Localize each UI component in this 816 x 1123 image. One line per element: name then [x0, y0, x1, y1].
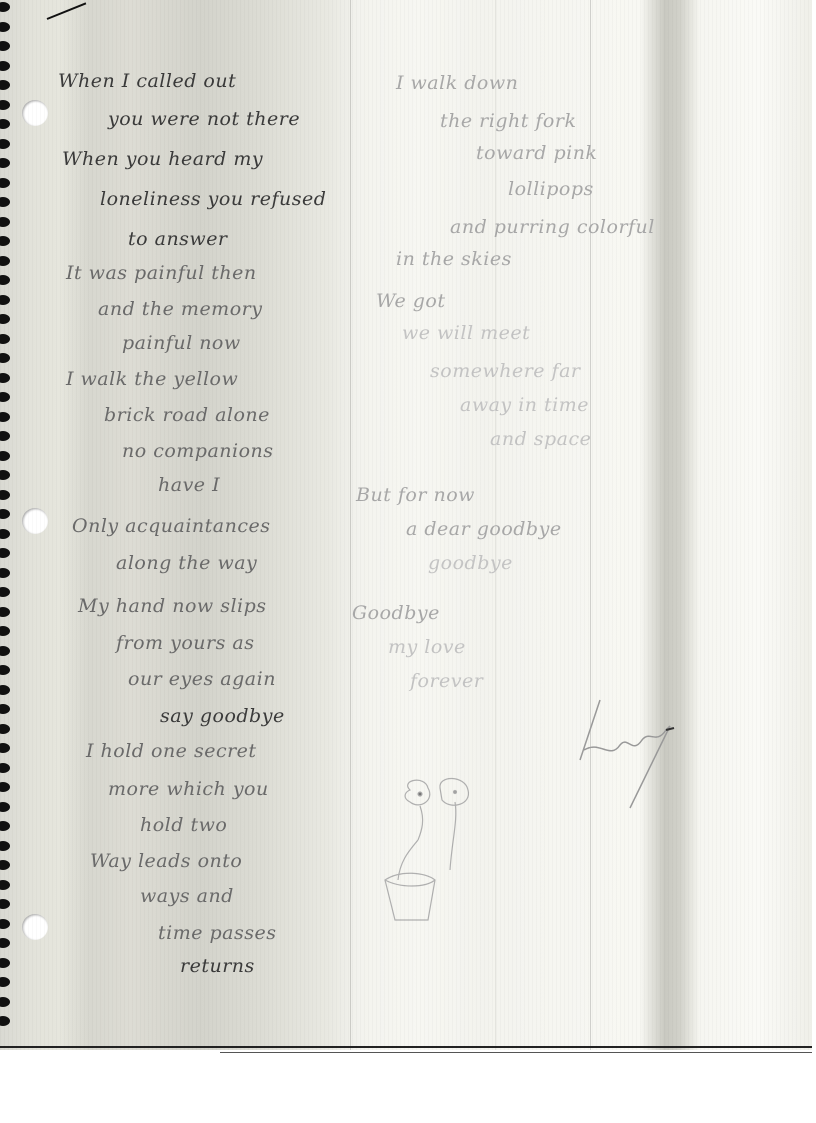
poem-line: no companions	[122, 440, 274, 462]
poem-line: goodbye	[428, 552, 513, 574]
spiral-coil	[0, 22, 10, 32]
spiral-coil	[0, 568, 10, 578]
spiral-coil	[0, 314, 10, 324]
poem-line: loneliness you refused	[100, 188, 326, 210]
poem-line: We got	[376, 290, 446, 312]
poem-line: time passes	[158, 922, 277, 944]
poem-line: to answer	[128, 228, 228, 250]
poem-line: I walk down	[396, 72, 518, 94]
binding-hole	[22, 508, 48, 534]
spiral-coil	[0, 880, 10, 890]
poem-line: My hand now slips	[78, 595, 267, 617]
poem-line: somewhere far	[430, 360, 581, 382]
spiral-coil	[0, 665, 10, 675]
poem-line: the right fork	[440, 110, 576, 132]
poem-line: toward pink	[476, 142, 597, 164]
poem-line: in the skies	[396, 248, 512, 270]
poem-line: When I called out	[58, 70, 236, 92]
spiral-coil	[0, 41, 10, 51]
poem-line: from yours as	[116, 632, 254, 654]
spiral-coil	[0, 373, 10, 383]
spiral-coil	[0, 977, 10, 987]
spiral-coil	[0, 763, 10, 773]
poem-line: forever	[410, 670, 483, 692]
binding-hole	[22, 100, 48, 126]
spiral-coil	[0, 607, 10, 617]
spiral-coil	[0, 782, 10, 792]
spiral-coil	[0, 392, 10, 402]
spiral-coil	[0, 470, 10, 480]
spiral-coil	[0, 997, 10, 1007]
spiral-coil	[0, 938, 10, 948]
spiral-coil	[0, 490, 10, 500]
spiral-coil	[0, 743, 10, 753]
binding-hole	[22, 914, 48, 940]
poem-line: I walk the yellow	[66, 368, 238, 390]
spiral-coil	[0, 802, 10, 812]
spiral-coil	[0, 412, 10, 422]
spiral-coil	[0, 821, 10, 831]
poem-line: you were not there	[108, 108, 300, 130]
poem-line: and the memory	[98, 298, 262, 320]
spiral-coil	[0, 841, 10, 851]
spiral-coil	[0, 509, 10, 519]
spiral-coil	[0, 685, 10, 695]
spiral-binding	[0, 0, 16, 1040]
spiral-coil	[0, 704, 10, 714]
spiral-coil	[0, 587, 10, 597]
spiral-coil	[0, 919, 10, 929]
spiral-coil	[0, 958, 10, 968]
spiral-coil	[0, 860, 10, 870]
poem-line: have I	[158, 474, 220, 496]
spiral-coil	[0, 2, 10, 12]
spiral-coil	[0, 529, 10, 539]
poem-line: more which you	[108, 778, 269, 800]
poem-line: and purring colorful	[450, 216, 655, 238]
spiral-coil	[0, 197, 10, 207]
poem-line: along the way	[116, 552, 257, 574]
poem-line: It was painful then	[66, 262, 257, 284]
spiral-coil	[0, 217, 10, 227]
spiral-coil	[0, 646, 10, 656]
poem-line: But for now	[356, 484, 475, 506]
spiral-coil	[0, 178, 10, 188]
poem-line: my love	[388, 636, 466, 658]
poem-line: lollipops	[508, 178, 594, 200]
spiral-coil	[0, 119, 10, 129]
spiral-coil	[0, 899, 10, 909]
signature-icon	[570, 690, 680, 810]
poem-line: and space	[490, 428, 591, 450]
poem-line: When you heard my	[62, 148, 263, 170]
spiral-coil	[0, 451, 10, 461]
spiral-coil	[0, 139, 10, 149]
poem-line: away in time	[460, 394, 589, 416]
page-edge-underlay	[220, 1052, 812, 1053]
spiral-coil	[0, 1016, 10, 1026]
poem-line: painful now	[122, 332, 241, 354]
spiral-coil	[0, 236, 10, 246]
poem-line: say goodbye	[160, 705, 285, 727]
spiral-coil	[0, 295, 10, 305]
poem-line: ways and	[140, 885, 234, 907]
poem-line: Goodbye	[352, 602, 440, 624]
spiral-coil	[0, 158, 10, 168]
poem-line: brick road alone	[104, 404, 270, 426]
spiral-coil	[0, 80, 10, 90]
page-edge	[0, 1046, 812, 1048]
poem-line: returns	[180, 955, 255, 977]
spiral-coil	[0, 548, 10, 558]
margin-line	[350, 0, 351, 1050]
spiral-coil	[0, 626, 10, 636]
pen-tick-mark	[47, 2, 87, 20]
spiral-coil	[0, 431, 10, 441]
spiral-coil	[0, 61, 10, 71]
poem-line: Only acquaintances	[72, 515, 271, 537]
spiral-coil	[0, 334, 10, 344]
poem-line: I hold one secret	[86, 740, 257, 762]
poem-line: a dear goodbye	[406, 518, 562, 540]
flower-pot-sketch-icon	[380, 770, 490, 930]
spiral-coil	[0, 100, 10, 110]
notebook-page: When I called out you were not there Whe…	[0, 0, 812, 1050]
spiral-coil	[0, 724, 10, 734]
spiral-coil	[0, 275, 10, 285]
poem-line: our eyes again	[128, 668, 276, 690]
poem-line: Way leads onto	[90, 850, 242, 872]
spiral-coil	[0, 353, 10, 363]
spiral-coil	[0, 256, 10, 266]
poem-line: we will meet	[402, 322, 530, 344]
poem-line: hold two	[140, 814, 227, 836]
